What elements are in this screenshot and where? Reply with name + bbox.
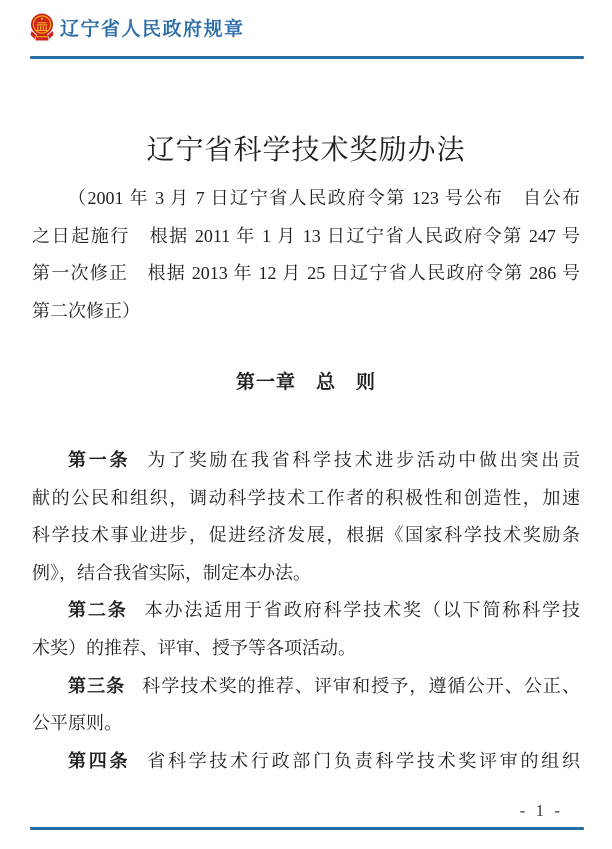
text-line: 第一次修正 根据 2013 年 12 月 25 日辽宁省人民政府令第 286 号 (32, 255, 580, 293)
text-line: 第四条省科学技术行政部门负责科学技术奖评审的组织 (32, 743, 580, 781)
text-line: 公平原则。 (32, 705, 580, 743)
china-national-emblem-icon (30, 12, 54, 42)
text-line: （2001 年 3 月 7 日辽宁省人民政府令第 123 号公布 自公布 (32, 180, 580, 218)
document-page: 辽宁省人民政府规章 辽宁省科学技术奖励办法 （2001 年 3 月 7 日辽宁省… (0, 0, 612, 849)
text-line: 第二条本办法适用于省政府科学技术奖（以下简称科学技 (32, 592, 580, 630)
chapter-heading: 第一章 总 则 (0, 370, 612, 396)
article-number-label: 第一条 (68, 450, 130, 470)
text-line: 第二次修正） (32, 293, 580, 331)
article-number-label: 第三条 (68, 676, 125, 696)
text-line: 科学技术事业进步，促进经济发展，根据《国家科学技术奖励条 (32, 517, 580, 555)
header-divider (30, 56, 584, 59)
page-number: - 1 - (520, 801, 563, 821)
text-line: 术奖）的推荐、评审、授予等各项活动。 (32, 630, 580, 668)
article-number-label: 第二条 (68, 600, 128, 620)
document-preamble: （2001 年 3 月 7 日辽宁省人民政府令第 123 号公布 自公布之日起施… (32, 180, 580, 330)
article-number-label: 第四条 (68, 751, 130, 771)
text-line: 第三条科学技术奖的推荐、评审和授予，遵循公开、公正、 (32, 668, 580, 706)
document-title: 辽宁省科学技术奖励办法 (0, 136, 612, 166)
header-title: 辽宁省人民政府规章 (60, 14, 245, 41)
text-line: 例》，结合我省实际，制定本办法。 (32, 555, 580, 593)
text-line: 献的公民和组织，调动科学技术工作者的积极性和创造性，加速 (32, 480, 580, 518)
text-line: 之日起施行 根据 2011 年 1 月 13 日辽宁省人民政府令第 247 号 (32, 218, 580, 256)
text-line: 第一条为了奖励在我省科学技术进步活动中做出突出贡 (32, 442, 580, 480)
footer-divider (30, 827, 584, 830)
document-body: 第一条为了奖励在我省科学技术进步活动中做出突出贡献的公民和组织，调动科学技术工作… (32, 442, 580, 780)
page-header: 辽宁省人民政府规章 (30, 12, 245, 42)
